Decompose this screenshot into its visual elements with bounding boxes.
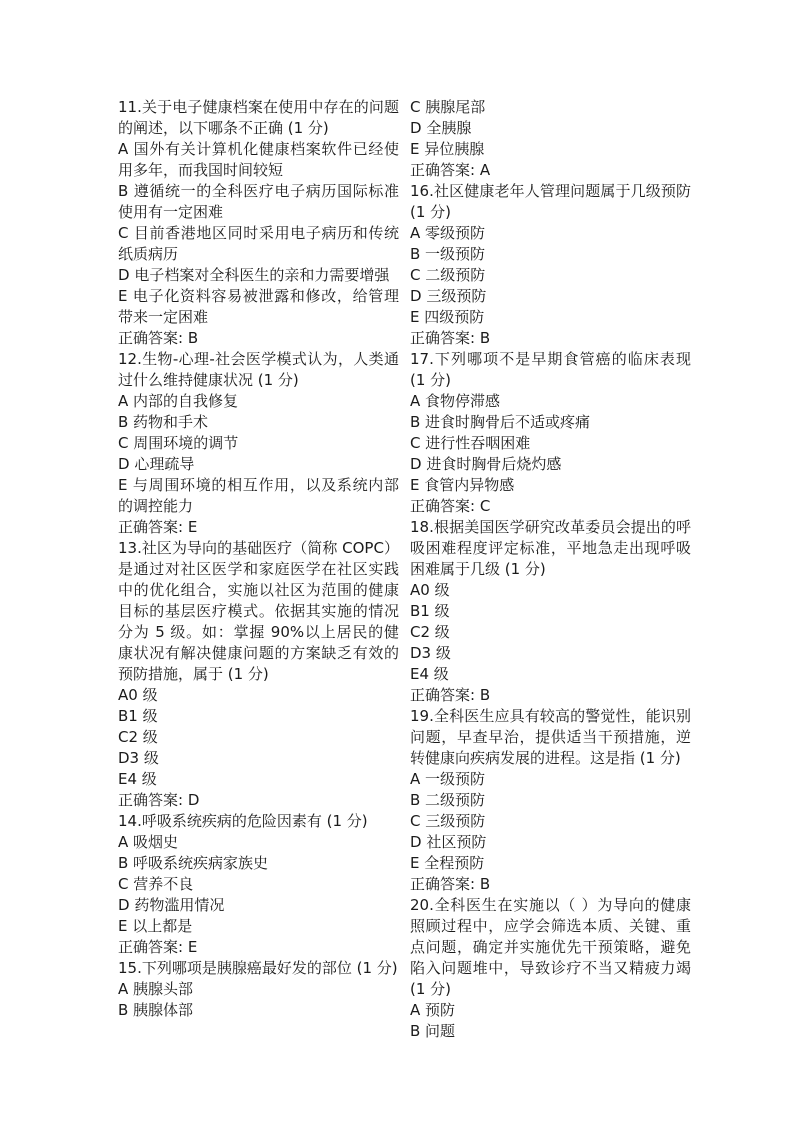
question-option: C 三级预防 bbox=[410, 811, 691, 832]
answer-line: 正确答案: D bbox=[118, 790, 399, 811]
question-option: E4 级 bbox=[410, 664, 691, 685]
question-stem: 19.全科医生应具有较高的警觉性，能识别问题，早查早治，提供适当干预措施，逆转健… bbox=[410, 706, 691, 769]
question-option: E 与周围环境的相互作用，以及系统内部的调控能力 bbox=[118, 475, 399, 517]
answer-line: 正确答案: E bbox=[118, 937, 399, 958]
question-option: C 胰腺尾部 bbox=[410, 97, 691, 118]
question-block: 12.生物-心理-社会医学模式认为，人类通过什么维持健康状况 (1 分)A 内部… bbox=[118, 349, 399, 538]
question-option: D 药物滥用情况 bbox=[118, 895, 399, 916]
question-block: 18.根据美国医学研究改革委员会提出的呼吸困难程度评定标准，平地急走出现呼吸困难… bbox=[410, 517, 691, 706]
question-option: D 电子档案对全科医生的亲和力需要增强 bbox=[118, 265, 399, 286]
question-option: C 周围环境的调节 bbox=[118, 433, 399, 454]
question-option: A 一级预防 bbox=[410, 769, 691, 790]
question-option: D 心理疏导 bbox=[118, 454, 399, 475]
question-option: C 二级预防 bbox=[410, 265, 691, 286]
question-option: B 进食时胸骨后不适或疼痛 bbox=[410, 412, 691, 433]
question-option: A 食物停滞感 bbox=[410, 391, 691, 412]
question-option: A 国外有关计算机化健康档案软件已经使用多年，而我国时间较短 bbox=[118, 139, 399, 181]
answer-line: 正确答案: A bbox=[410, 160, 691, 181]
question-stem: 14.呼吸系统疾病的危险因素有 (1 分) bbox=[118, 811, 399, 832]
question-option: A0 级 bbox=[118, 685, 399, 706]
question-option: B 遵循统一的全科医疗电子病历国际标准使用有一定困难 bbox=[118, 181, 399, 223]
questions-column-right: C 胰腺尾部D 全胰腺E 异位胰腺正确答案: A16.社区健康老年人管理问题属于… bbox=[410, 97, 691, 1042]
question-block: 13.社区为导向的基础医疗（简称 COPC）是通过对社区医学和家庭医学在社区实践… bbox=[118, 538, 399, 811]
question-option: B1 级 bbox=[118, 706, 399, 727]
question-option: E 以上都是 bbox=[118, 916, 399, 937]
question-option: B1 级 bbox=[410, 601, 691, 622]
question-option: B 呼吸系统疾病家族史 bbox=[118, 853, 399, 874]
question-stem: 18.根据美国医学研究改革委员会提出的呼吸困难程度评定标准，平地急走出现呼吸困难… bbox=[410, 517, 691, 580]
question-option: C 目前香港地区同时采用电子病历和传统纸质病历 bbox=[118, 223, 399, 265]
question-option: B 胰腺体部 bbox=[118, 1000, 399, 1021]
question-stem: 15.下列哪项是胰腺癌最好发的部位 (1 分) bbox=[118, 958, 399, 979]
question-stem: 16.社区健康老年人管理问题属于几级预防 (1 分) bbox=[410, 181, 691, 223]
question-option: E 全程预防 bbox=[410, 853, 691, 874]
question-option: B 问题 bbox=[410, 1021, 691, 1042]
question-option: C2 级 bbox=[410, 622, 691, 643]
questions-column-left: 11.关于电子健康档案在使用中存在的问题的阐述，以下哪条不正确 (1 分)A 国… bbox=[118, 97, 399, 1021]
question-block: 11.关于电子健康档案在使用中存在的问题的阐述，以下哪条不正确 (1 分)A 国… bbox=[118, 97, 399, 349]
question-stem: 12.生物-心理-社会医学模式认为，人类通过什么维持健康状况 (1 分) bbox=[118, 349, 399, 391]
question-block: C 胰腺尾部D 全胰腺E 异位胰腺正确答案: A bbox=[410, 97, 691, 181]
question-option: A 预防 bbox=[410, 1000, 691, 1021]
answer-line: 正确答案: E bbox=[118, 517, 399, 538]
answer-line: 正确答案: B bbox=[118, 328, 399, 349]
question-block: 20.全科医生在实施以（ ）为导向的健康照顾过程中，应学会筛选本质、关键、重点问… bbox=[410, 895, 691, 1042]
question-block: 17.下列哪项不是早期食管癌的临床表现 (1 分)A 食物停滞感B 进食时胸骨后… bbox=[410, 349, 691, 517]
question-block: 19.全科医生应具有较高的警觉性，能识别问题，早查早治，提供适当干预措施，逆转健… bbox=[410, 706, 691, 895]
question-block: 16.社区健康老年人管理问题属于几级预防 (1 分)A 零级预防B 一级预防C … bbox=[410, 181, 691, 349]
question-option: C 营养不良 bbox=[118, 874, 399, 895]
question-stem: 20.全科医生在实施以（ ）为导向的健康照顾过程中，应学会筛选本质、关键、重点问… bbox=[410, 895, 691, 1000]
question-option: C2 级 bbox=[118, 727, 399, 748]
answer-line: 正确答案: B bbox=[410, 874, 691, 895]
question-option: B 二级预防 bbox=[410, 790, 691, 811]
question-option: E 电子化资料容易被泄露和修改，给管理带来一定困难 bbox=[118, 286, 399, 328]
question-option: C 进行性吞咽困难 bbox=[410, 433, 691, 454]
question-option: D3 级 bbox=[118, 748, 399, 769]
question-option: D3 级 bbox=[410, 643, 691, 664]
question-option: E4 级 bbox=[118, 769, 399, 790]
question-option: A 内部的自我修复 bbox=[118, 391, 399, 412]
question-option: D 社区预防 bbox=[410, 832, 691, 853]
question-block: 15.下列哪项是胰腺癌最好发的部位 (1 分)A 胰腺头部B 胰腺体部 bbox=[118, 958, 399, 1021]
question-option: A 胰腺头部 bbox=[118, 979, 399, 1000]
document-page: 11.关于电子健康档案在使用中存在的问题的阐述，以下哪条不正确 (1 分)A 国… bbox=[0, 0, 793, 1122]
question-option: D 进食时胸骨后烧灼感 bbox=[410, 454, 691, 475]
question-option: B 一级预防 bbox=[410, 244, 691, 265]
answer-line: 正确答案: C bbox=[410, 496, 691, 517]
answer-line: 正确答案: B bbox=[410, 685, 691, 706]
question-stem: 11.关于电子健康档案在使用中存在的问题的阐述，以下哪条不正确 (1 分) bbox=[118, 97, 399, 139]
question-option: A0 级 bbox=[410, 580, 691, 601]
question-option: E 四级预防 bbox=[410, 307, 691, 328]
question-option: A 零级预防 bbox=[410, 223, 691, 244]
question-option: D 三级预防 bbox=[410, 286, 691, 307]
answer-line: 正确答案: B bbox=[410, 328, 691, 349]
question-option: B 药物和手术 bbox=[118, 412, 399, 433]
question-option: D 全胰腺 bbox=[410, 118, 691, 139]
question-option: E 异位胰腺 bbox=[410, 139, 691, 160]
question-option: A 吸烟史 bbox=[118, 832, 399, 853]
question-stem: 13.社区为导向的基础医疗（简称 COPC）是通过对社区医学和家庭医学在社区实践… bbox=[118, 538, 399, 685]
question-stem: 17.下列哪项不是早期食管癌的临床表现 (1 分) bbox=[410, 349, 691, 391]
question-block: 14.呼吸系统疾病的危险因素有 (1 分)A 吸烟史B 呼吸系统疾病家族史C 营… bbox=[118, 811, 399, 958]
question-option: E 食管内异物感 bbox=[410, 475, 691, 496]
